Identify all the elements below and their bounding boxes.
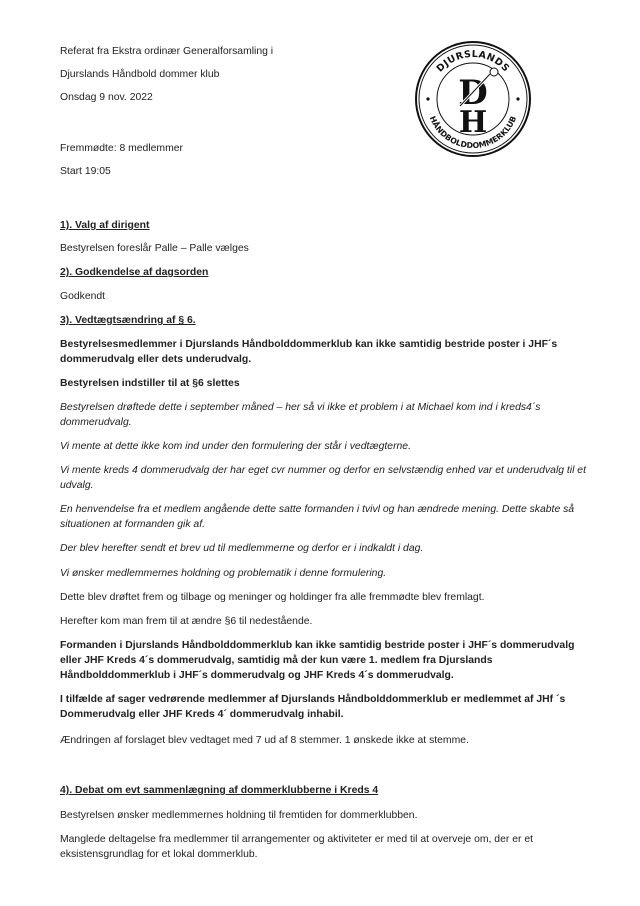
vote-result: Ændringen af forslaget blev vedtaget med…	[60, 733, 590, 748]
section-2-heading: 2). Godkendelse af dagsorden	[60, 265, 590, 280]
discussion-2: Vi mente at dette ikke kom ind under den…	[60, 439, 590, 454]
discussion-4: En henvendelse fra et medlem angående de…	[60, 502, 590, 532]
svg-text:H: H	[459, 105, 487, 140]
section-2-text: Godkendt	[60, 289, 590, 304]
new-rule-2: I tilfælde af sager vedrørende medlemmer…	[60, 692, 590, 722]
debate-summary: Dette blev drøftet frem og tilbage og me…	[60, 590, 590, 605]
section-4-text-2: Manglede deltagelse fra medlemmer til ar…	[60, 832, 590, 862]
discussion-6: Vi ønsker medlemmernes holdning og probl…	[60, 566, 590, 581]
start-time: Start 19:05	[60, 164, 590, 179]
current-rule: Bestyrelsesmedlemmer i Djurslands Håndbo…	[60, 337, 590, 367]
club-logo-icon: DJURSLANDS HÅNDBOLDDOMMERKLUB D H	[414, 40, 532, 158]
section-4-heading: 4). Debat om evt sammenlægning af dommer…	[60, 783, 590, 798]
section-1-heading: 1). Valg af dirigent	[60, 218, 590, 233]
document-page: Referat fra Ekstra ordinær Generalforsam…	[0, 0, 640, 906]
new-rule-1: Formanden i Djurslands Håndbolddommerklu…	[60, 638, 590, 683]
discussion-5: Der blev herefter sendt et brev ud til m…	[60, 541, 590, 556]
board-proposal: Bestyrelsen indstiller til at §6 slettes	[60, 376, 590, 391]
amendment-intro: Herefter kom man frem til at ændre §6 ti…	[60, 614, 590, 629]
discussion-1: Bestyrelsen drøftede dette i september m…	[60, 400, 590, 430]
section-4-text-1: Bestyrelsen ønsker medlemmernes holdning…	[60, 808, 590, 823]
section-1-text: Bestyrelsen foreslår Palle – Palle vælge…	[60, 241, 590, 256]
section-3-heading: 3). Vedtægtsændring af § 6.	[60, 313, 590, 328]
discussion-3: Vi mente kreds 4 dommerudvalg der har eg…	[60, 463, 590, 493]
